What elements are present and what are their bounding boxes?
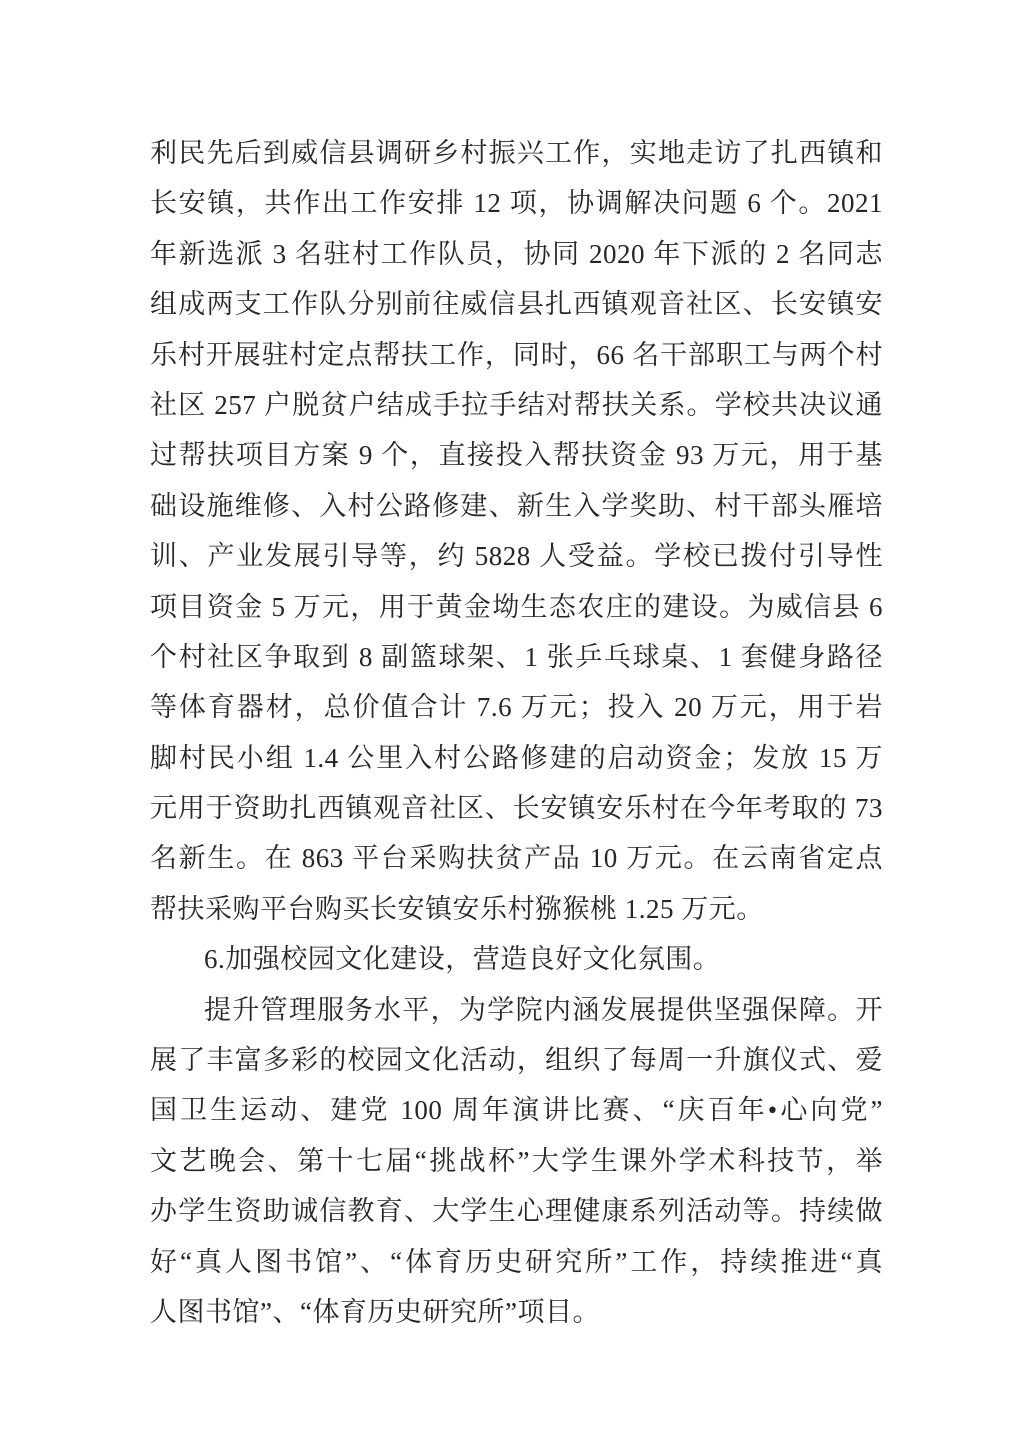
text-line: 等体育器材，总价值合计 7.6 万元；投入 20 万元，用于岩	[150, 682, 883, 732]
text-line: 乐村开展驻村定点帮扶工作，同时，66 名干部职工与两个村	[150, 330, 883, 380]
text-line: 项目资金 5 万元，用于黄金坳生态农庄的建设。为威信县 6	[150, 582, 883, 632]
paragraph-heading: 6.加强校园文化建设，营造良好文化氛围。	[150, 934, 883, 984]
text-line: 个村社区争取到 8 副篮球架、1 张乒乓球桌、1 套健身路径	[150, 632, 883, 682]
document-page: 利民先后到威信县调研乡村振兴工作，实地走访了扎西镇和 长安镇，共作出工作安排 1…	[0, 0, 1024, 1448]
document-body: 利民先后到威信县调研乡村振兴工作，实地走访了扎西镇和 长安镇，共作出工作安排 1…	[150, 128, 883, 1337]
text-line: 社区 257 户脱贫户结成手拉手结对帮扶关系。学校共决议通	[150, 380, 883, 430]
text-line: 过帮扶项目方案 9 个，直接投入帮扶资金 93 万元，用于基	[150, 430, 883, 480]
paragraph-body: 提升管理服务水平，为学院内涵发展提供坚强保障。开 展了丰富多彩的校园文化活动，组…	[150, 985, 883, 1338]
text-line: 础设施维修、入村公路修建、新生入学奖助、村干部头雁培	[150, 481, 883, 531]
text-line: 提升管理服务水平，为学院内涵发展提供坚强保障。开	[150, 985, 883, 1035]
text-line: 名新生。在 863 平台采购扶贫产品 10 万元。在云南省定点	[150, 833, 883, 883]
heading-line: 6.加强校园文化建设，营造良好文化氛围。	[150, 934, 883, 984]
text-line: 年新选派 3 名驻村工作队员，协同 2020 年下派的 2 名同志	[150, 229, 883, 279]
text-line: 展了丰富多彩的校园文化活动，组织了每周一升旗仪式、爱	[150, 1035, 883, 1085]
text-line: 脚村民小组 1.4 公里入村公路修建的启动资金；发放 15 万	[150, 733, 883, 783]
text-line: 训、产业发展引导等，约 5828 人受益。学校已拨付引导性	[150, 531, 883, 581]
text-line: 人图书馆”、“体育历史研究所”项目。	[150, 1287, 883, 1337]
text-line: 文艺晚会、第十七届“挑战杯”大学生课外学术科技节，举	[150, 1136, 883, 1186]
text-line: 好“真人图书馆”、“体育历史研究所”工作，持续推进“真	[150, 1237, 883, 1287]
text-line: 办学生资助诚信教育、大学生心理健康系列活动等。持续做	[150, 1186, 883, 1236]
text-line: 利民先后到威信县调研乡村振兴工作，实地走访了扎西镇和	[150, 128, 883, 178]
paragraph-continuation: 利民先后到威信县调研乡村振兴工作，实地走访了扎西镇和 长安镇，共作出工作安排 1…	[150, 128, 883, 934]
text-line: 国卫生运动、建党 100 周年演讲比赛、“庆百年•心向党”	[150, 1085, 883, 1135]
text-line: 组成两支工作队分别前往威信县扎西镇观音社区、长安镇安	[150, 279, 883, 329]
text-line: 元用于资助扎西镇观音社区、长安镇安乐村在今年考取的 73	[150, 783, 883, 833]
text-line: 帮扶采购平台购买长安镇安乐村猕猴桃 1.25 万元。	[150, 884, 883, 934]
text-line: 长安镇，共作出工作安排 12 项，协调解决问题 6 个。2021	[150, 178, 883, 228]
